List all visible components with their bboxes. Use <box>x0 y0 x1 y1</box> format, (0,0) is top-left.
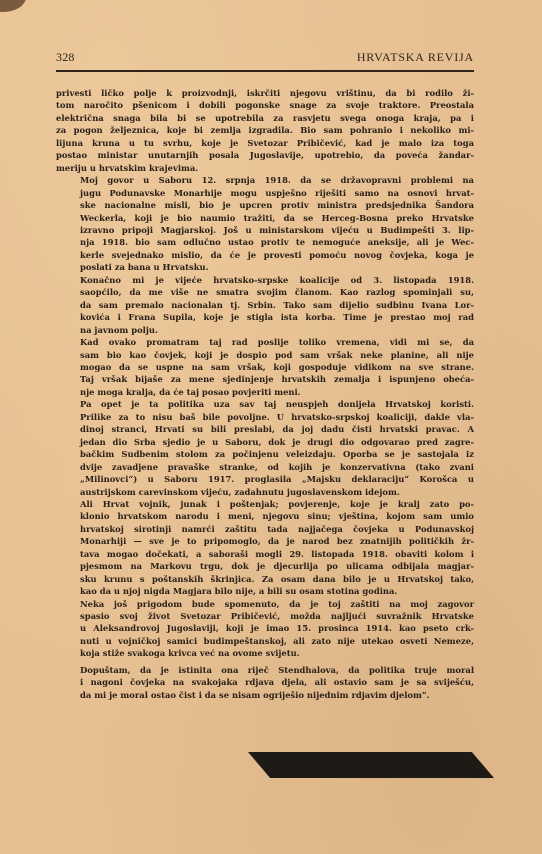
text-line: kerle svejednako mislio, da će je proves… <box>56 249 474 261</box>
text-line: Ali Hrvat vojnik, junak i poštenjak; pov… <box>56 498 474 510</box>
text-line: poslati za bana u Hrvatsku. <box>56 261 474 273</box>
text-line: spasio svoj život Svetozar Pribičević, m… <box>56 610 474 622</box>
text-line: sam bio kao čovjek, koji je dospio pod s… <box>56 349 474 361</box>
paragraph: Dopuštam, da je istinita ona riječ Stend… <box>56 664 474 701</box>
text-line: Konačno mi je vijeće hrvatsko-srpske koa… <box>56 274 474 286</box>
text-line: dvije zavadjene pravaške stranke, od koj… <box>56 461 474 473</box>
text-line: Monarhiji — sve je to pripomoglo, da je … <box>56 535 474 547</box>
text-line: ske nacionalne misli, bio je upcren prot… <box>56 199 474 211</box>
text-line: nuti u vojničkoj samici budimpeštanskoj,… <box>56 635 474 647</box>
text-line: Neka još prigodom bude spomenuto, da je … <box>56 598 474 610</box>
text-line: lijuna kruna u tu svrhu, koje je Svetoza… <box>56 137 474 149</box>
text-line: bačkim Sudbenim stolom za počinjenu vele… <box>56 448 474 460</box>
text-line: kovića i Frana Supila, koje je stigla is… <box>56 311 474 323</box>
text-line: jedan dio Srba sjedio je u Saboru, dok j… <box>56 436 474 448</box>
journal-title: HRVATSKA REVIJA <box>357 50 474 65</box>
text-line: Pa opet je ta politika uza sav taj neusp… <box>56 398 474 410</box>
text-line: Dopuštam, da je istinita ona riječ Stend… <box>56 664 474 676</box>
text-line: Moj govor u Saboru 12. srpnja 1918. da s… <box>56 174 474 186</box>
page-number: 328 <box>56 50 75 65</box>
text-line: na javnom polju. <box>56 324 474 336</box>
text-line: Taj vršak bijaše za mene sjedinjenje hrv… <box>56 373 474 385</box>
text-line: sku krunu s poštanskih škrinjica. Za osa… <box>56 573 474 585</box>
text-line: jugu Podunavske Monarhije mogu uspješno … <box>56 187 474 199</box>
text-line: postao ministar unutarnjih posala Jugosl… <box>56 149 474 161</box>
text-line: Kad ovako promatram taj rad poslije toli… <box>56 336 474 348</box>
text-line: austrijskom carevinskom vijeću, zadahnut… <box>56 486 474 498</box>
text-line: u Aleksandrovoj Jugoslaviji, koji je ima… <box>56 622 474 634</box>
text-line: nja 1918. bio sam odlučno ustao protiv t… <box>56 236 474 248</box>
paragraph: Kad ovako promatram taj rad poslije toli… <box>56 336 474 398</box>
paragraph: Pa opet je ta politika uza sav taj neusp… <box>56 398 474 498</box>
paragraph: Konačno mi je vijeće hrvatsko-srpske koa… <box>56 274 474 336</box>
running-header: 328 HRVATSKA REVIJA <box>56 50 474 66</box>
text-line: saopćilo, da me više ne smatra svojim čl… <box>56 286 474 298</box>
text-line: klonio hrvatskom narodu i meni, njegovu … <box>56 510 474 522</box>
text-line: i nagoni čovjeka na svakojaka rdjava dje… <box>56 676 474 688</box>
text-line: da mi je moral ostao čist i da se nisam … <box>56 689 474 701</box>
text-line: Prilike za to nisu baš bile povoljne. U … <box>56 411 474 423</box>
end-ornament-bar <box>248 752 494 778</box>
text-line: hrvatskoj sirotinji namrći zaštitu tada … <box>56 523 474 535</box>
text-line: da sam premalo nacionalan tj. Srbin. Tak… <box>56 299 474 311</box>
text-line: izravno pripoji Magjarskoj. Još u minist… <box>56 224 474 236</box>
text-line: tava mogao dočekati, a saboraši mogli 29… <box>56 548 474 560</box>
text-line: „Milinovci“) u Saboru 1917. proglasila „… <box>56 473 474 485</box>
paragraph: Neka još prigodom bude spomenuto, da je … <box>56 598 474 660</box>
text-line: koja stiže svakoga krivca već na ovome s… <box>56 647 474 659</box>
page-corner-shadow <box>0 0 26 12</box>
article-body: privesti ličko polje k proizvodnji, iskr… <box>56 87 474 701</box>
paragraph: Moj govor u Saboru 12. srpnja 1918. da s… <box>56 174 474 274</box>
text-line: nje moga kralja, da će taj posao povjeri… <box>56 386 474 398</box>
header-rule <box>56 70 474 72</box>
text-line: mogao da se uspne na sam vršak, koji gos… <box>56 361 474 373</box>
text-line: meriju u hrvatskim krajevima. <box>56 162 474 174</box>
text-line: kao da u njoj nigda Magjara bilo nije, a… <box>56 585 474 597</box>
text-line: tom naročito pšenicom i dobili pogonske … <box>56 99 474 111</box>
text-line: za pogon željeznica, koje bi zemlja izgr… <box>56 124 474 136</box>
paragraph: Ali Hrvat vojnik, junak i poštenjak; pov… <box>56 498 474 598</box>
text-line: pjesmom na Markovu trgu, dok je djecurli… <box>56 560 474 572</box>
text-line: privesti ličko polje k proizvodnji, iskr… <box>56 87 474 99</box>
text-line: dinoj stranci, Hrvati su bili preslabi, … <box>56 423 474 435</box>
text-line: električna snaga bila bi se upotrebila z… <box>56 112 474 124</box>
text-line: Weckerla, koji je bio naumio tražiti, da… <box>56 212 474 224</box>
paragraph: privesti ličko polje k proizvodnji, iskr… <box>56 87 474 174</box>
